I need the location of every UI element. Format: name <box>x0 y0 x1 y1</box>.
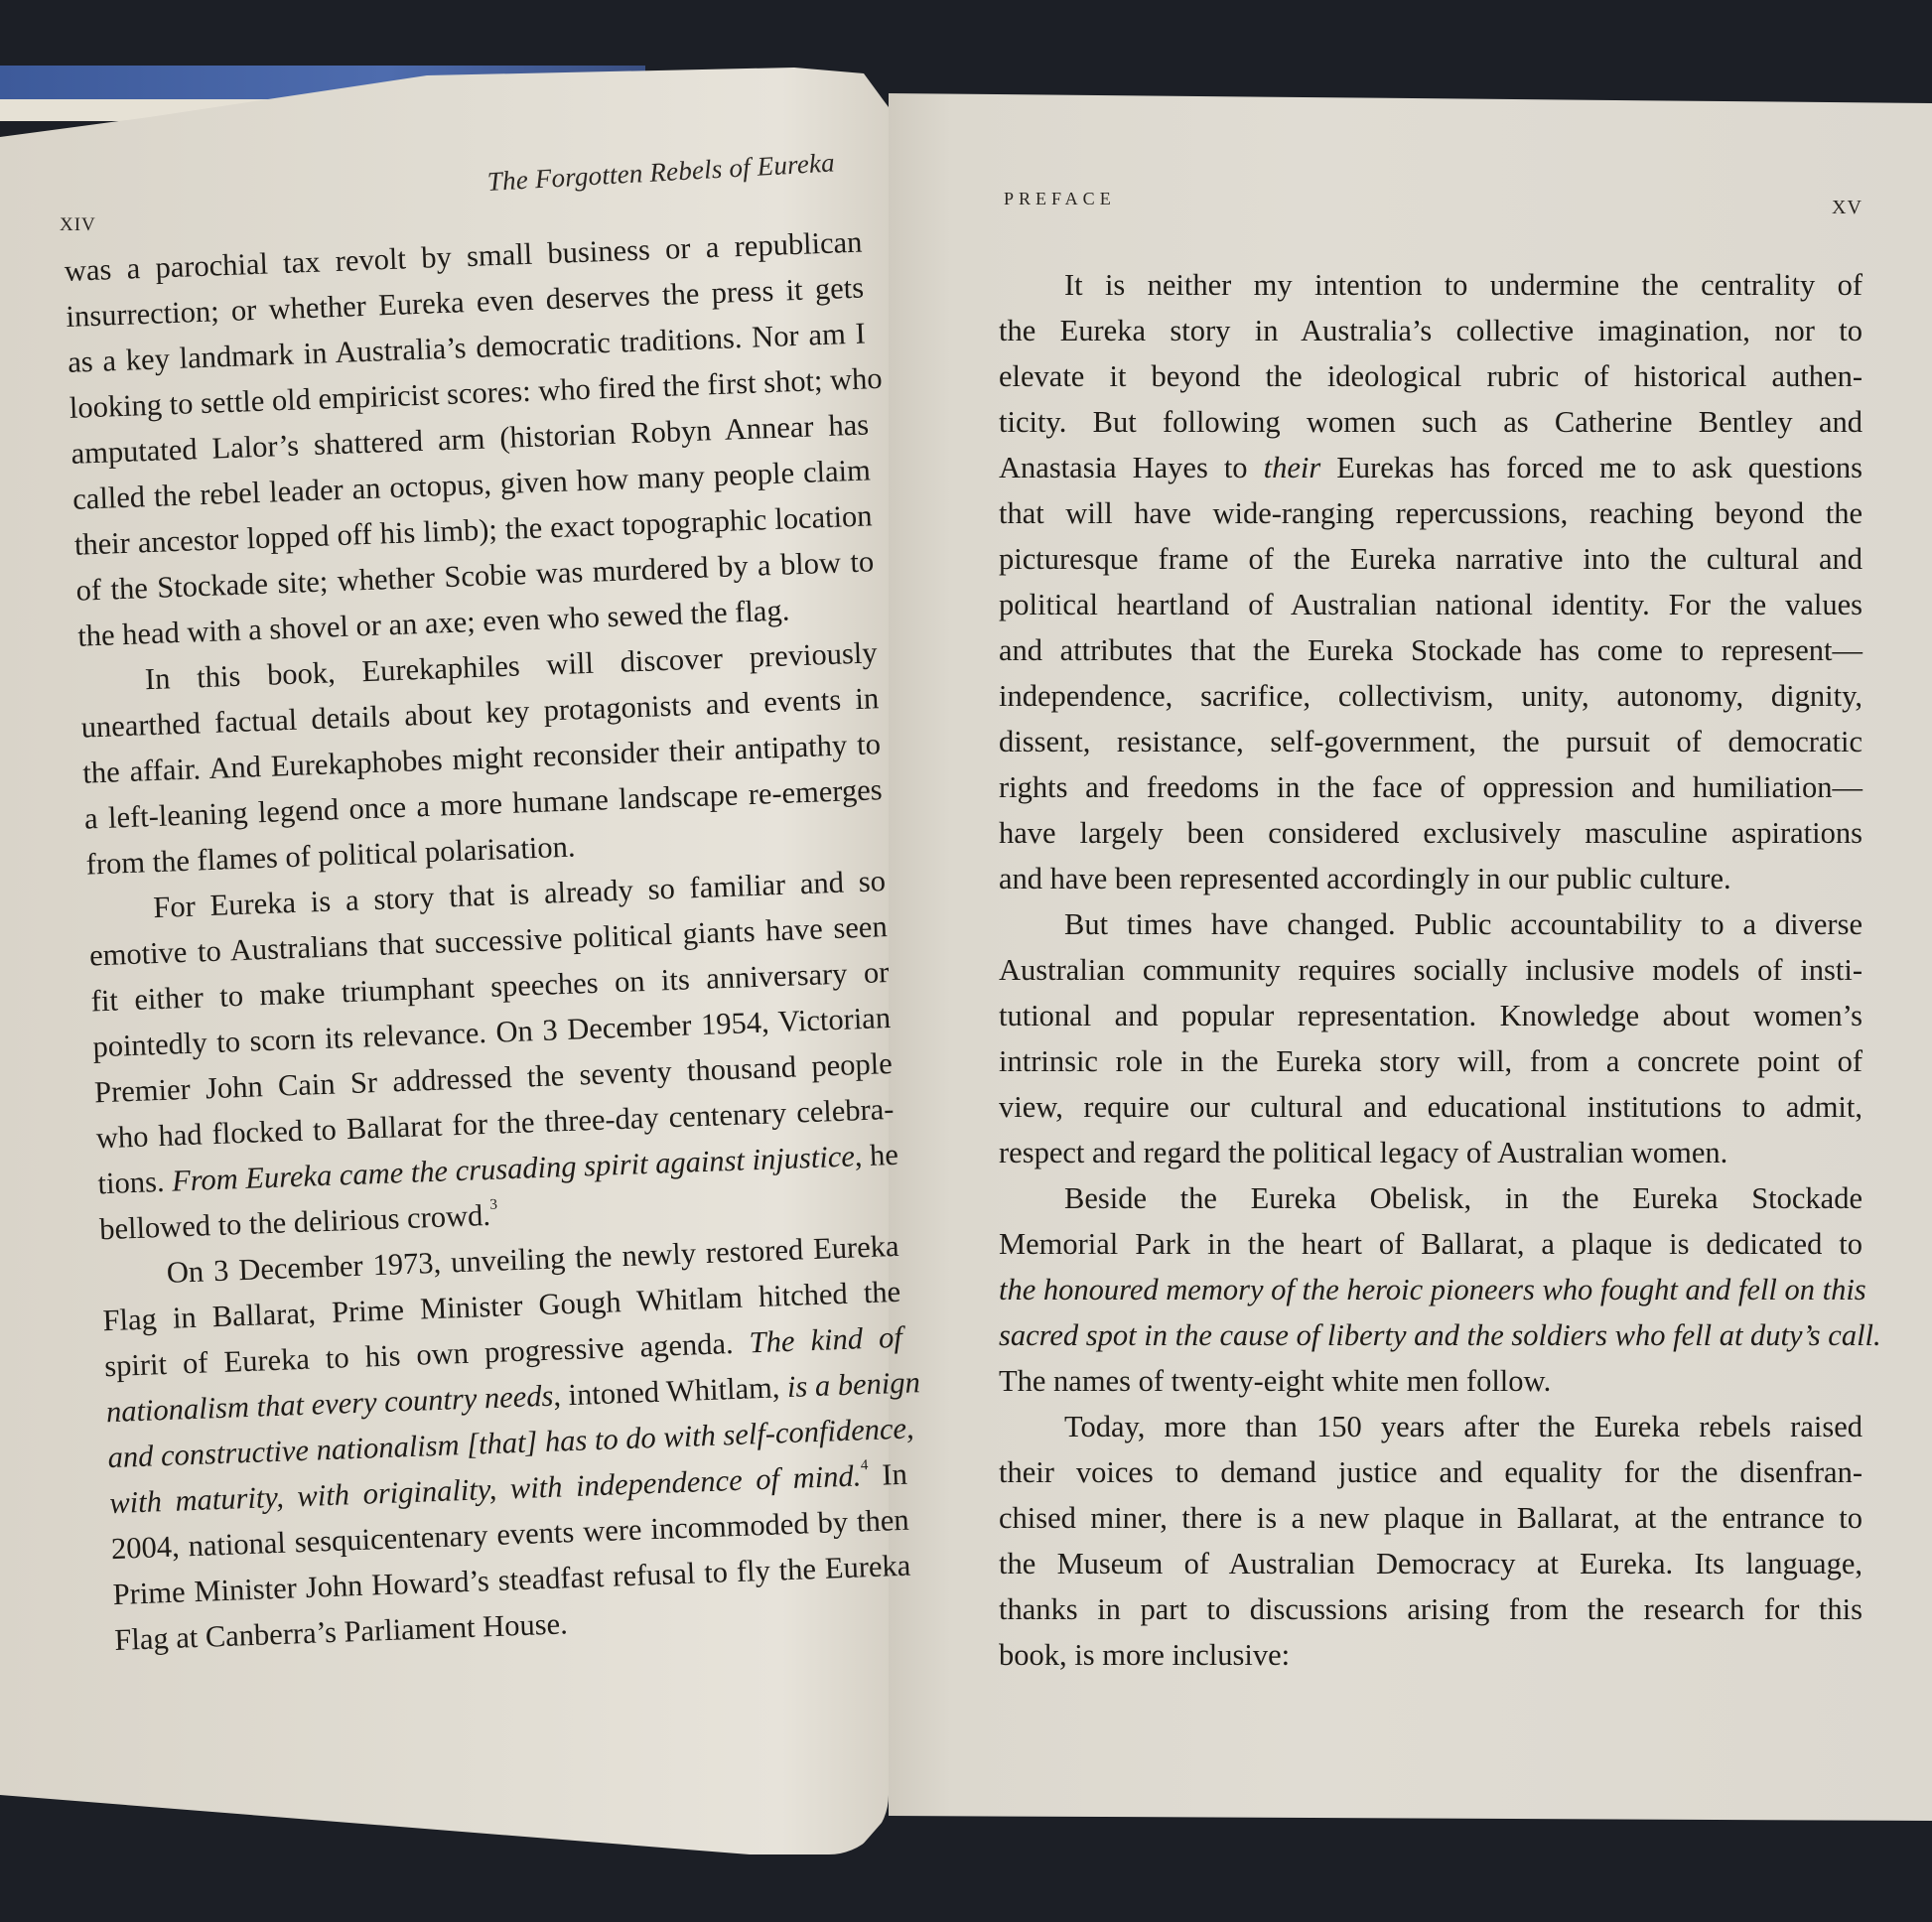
text: tions. <box>97 1165 173 1201</box>
text: independence, sacrifice, collectivism, u… <box>999 679 1863 713</box>
text-line: ticity. But following women such as Cath… <box>999 399 1863 445</box>
text-line: independence, sacrifice, collectivism, u… <box>999 673 1863 719</box>
footnote-ref: 3 <box>489 1197 497 1213</box>
text-line: Beside the Eureka Obelisk, in the Eureka… <box>999 1175 1863 1221</box>
italic-text: The kind of <box>749 1320 902 1360</box>
text-line: But times have changed. Public accountab… <box>999 901 1863 947</box>
text: and attributes that the Eureka Stockade … <box>999 633 1863 667</box>
text-line: Memorial Park in the heart of Ballarat, … <box>999 1221 1863 1267</box>
text-line: intrinsic role in the Eureka story will,… <box>999 1038 1863 1084</box>
text: the Museum of Australian Democracy at Eu… <box>999 1547 1863 1580</box>
right-body-text: It is neither my intention to undermine … <box>999 262 1863 1678</box>
text: , intoned Whitlam, <box>553 1370 788 1413</box>
text: The names of twenty-eight white men foll… <box>999 1364 1551 1398</box>
text-line: have largely been considered exclusively… <box>999 810 1863 856</box>
text-line: chised miner, there is a new plaque in B… <box>999 1495 1863 1541</box>
text-line: view, require our cultural and education… <box>999 1084 1863 1130</box>
text: Anastasia Hayes to <box>999 451 1264 484</box>
text-line: rights and freedoms in the face of oppre… <box>999 764 1863 810</box>
text: It is neither my intention to undermine … <box>1064 268 1863 302</box>
text: elevate it beyond the ideological rubric… <box>999 359 1863 393</box>
right-page-number: XV <box>1832 197 1863 219</box>
text-line: the honoured memory of the heroic pionee… <box>999 1267 1863 1312</box>
text-line: Today, more than 150 years after the Eur… <box>999 1404 1863 1449</box>
text: tutional and popular representation. Kno… <box>999 999 1863 1032</box>
text: book, is more inclusive: <box>999 1638 1290 1672</box>
text: Australian community requires socially i… <box>999 953 1863 987</box>
text: their voices to demand justice and equal… <box>999 1455 1863 1489</box>
left-body-text: was a parochial tax revolt by small busi… <box>64 219 913 1664</box>
text: But times have changed. Public accountab… <box>1064 907 1863 941</box>
text-line: political heartland of Australian nation… <box>999 582 1863 627</box>
text: Memorial Park in the heart of Ballarat, … <box>999 1227 1863 1261</box>
text: that will have wide-ranging repercussion… <box>999 496 1863 530</box>
text: picturesque frame of the Eureka narrativ… <box>999 542 1863 576</box>
footnote-ref: 4 <box>861 1457 869 1473</box>
text: dissent, resistance, self-government, th… <box>999 725 1863 758</box>
text: , he <box>854 1138 898 1173</box>
text: thanks in part to discussions arising fr… <box>999 1592 1863 1626</box>
text: view, require our cultural and education… <box>999 1090 1863 1124</box>
text: political heartland of Australian nation… <box>999 588 1863 621</box>
text-line: the Museum of Australian Democracy at Eu… <box>999 1541 1863 1586</box>
text-line: thanks in part to discussions arising fr… <box>999 1586 1863 1632</box>
text-line: picturesque frame of the Eureka narrativ… <box>999 536 1863 582</box>
text-line: the Eureka story in Australia’s collecti… <box>999 308 1863 353</box>
text-line: tutional and popular representation. Kno… <box>999 993 1863 1038</box>
right-running-head: PREFACE <box>1004 189 1116 209</box>
text: intrinsic role in the Eureka story will,… <box>999 1044 1863 1078</box>
text-line: Australian community requires socially i… <box>999 947 1863 993</box>
text-line: book, is more inclusive: <box>999 1632 1863 1678</box>
text: and have been represented accordingly in… <box>999 862 1731 895</box>
text: In <box>868 1457 907 1492</box>
text-line: that will have wide-ranging repercussion… <box>999 490 1863 536</box>
text: chised miner, there is a new plaque in B… <box>999 1501 1863 1535</box>
text: Eurekas has forced me to ask questions <box>1320 451 1863 484</box>
text: respect and regard the political legacy … <box>999 1136 1727 1169</box>
text: have largely been considered exclusively… <box>999 816 1863 850</box>
text-line: dissent, resistance, self-government, th… <box>999 719 1863 764</box>
text: Today, more than 150 years after the Eur… <box>1064 1410 1863 1443</box>
text-line: elevate it beyond the ideological rubric… <box>999 353 1863 399</box>
italic-text: their <box>1264 451 1321 484</box>
text-line: It is neither my intention to undermine … <box>999 262 1863 308</box>
left-page-number: XIV <box>60 214 96 236</box>
text: the Eureka story in Australia’s collecti… <box>999 314 1863 347</box>
text-line: sacred spot in the cause of liberty and … <box>999 1312 1863 1358</box>
text: Beside the Eureka Obelisk, in the Eureka… <box>1064 1181 1863 1215</box>
text-line: and attributes that the Eureka Stockade … <box>999 627 1863 673</box>
text-line: Anastasia Hayes to their Eurekas has for… <box>999 445 1863 490</box>
text: rights and freedoms in the face of oppre… <box>999 770 1863 804</box>
italic-text: sacred spot in the cause of liberty and … <box>999 1318 1881 1352</box>
italic-text: the honoured memory of the heroic pionee… <box>999 1273 1866 1306</box>
text-line: and have been represented accordingly in… <box>999 856 1863 901</box>
text-line: respect and regard the political legacy … <box>999 1130 1863 1175</box>
text-line: The names of twenty-eight white men foll… <box>999 1358 1863 1404</box>
text: ticity. But following women such as Cath… <box>999 405 1863 439</box>
italic-text: is a benign <box>786 1365 920 1404</box>
text-line: their voices to demand justice and equal… <box>999 1449 1863 1495</box>
